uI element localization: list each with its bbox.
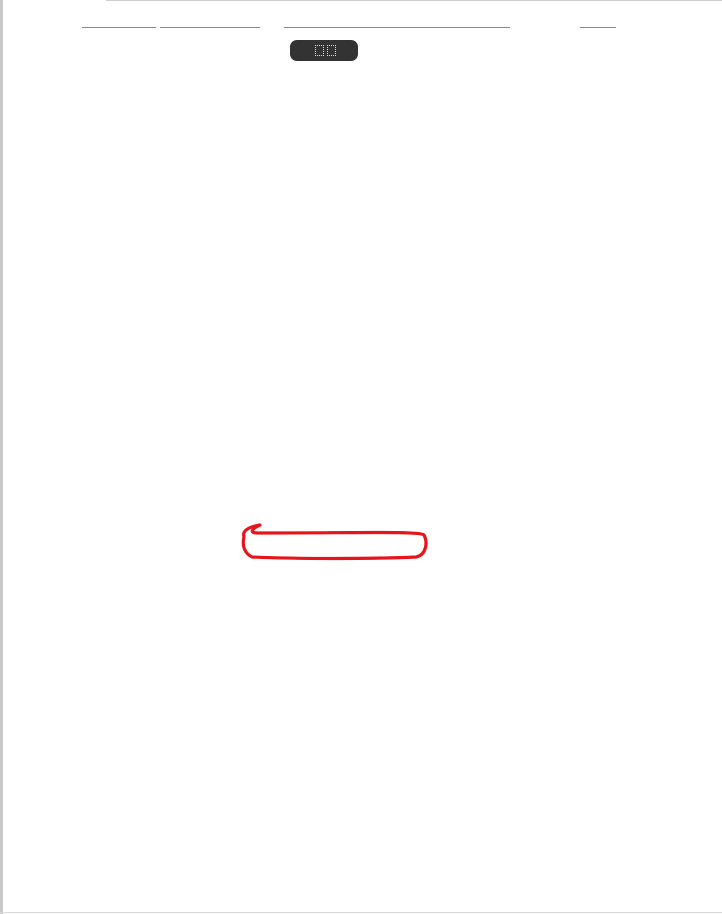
- digit-box-icon: [327, 45, 336, 56]
- parameter-badge: [290, 40, 358, 61]
- digit-box-icon: [315, 45, 324, 56]
- header-rule: [284, 27, 510, 28]
- header-rule: [82, 27, 156, 28]
- page-frame-top: [106, 0, 722, 1]
- red-highlight-annotation: [238, 521, 430, 561]
- section-title: [80, 38, 89, 60]
- header-rule: [160, 27, 260, 28]
- header-rule: [580, 27, 616, 28]
- page-frame-bottom: [0, 912, 722, 913]
- page-frame-left: [0, 0, 3, 914]
